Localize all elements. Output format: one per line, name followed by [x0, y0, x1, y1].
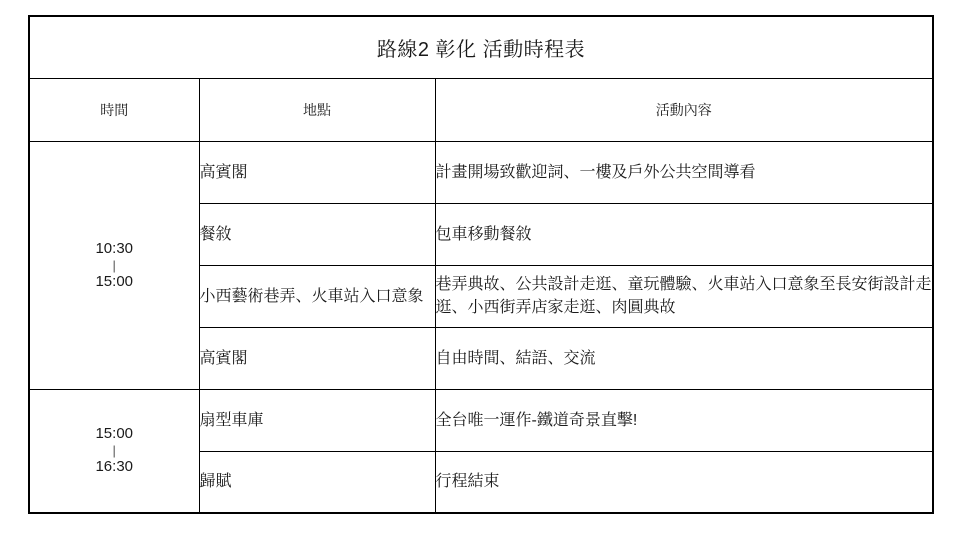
activity-cell: 行程結束: [435, 451, 933, 513]
column-header-location: 地點: [199, 78, 435, 141]
time-range-afternoon-cell: 15:00 | 16:30: [29, 389, 199, 513]
location-cell: 高賓閣: [199, 141, 435, 203]
location-cell: 高賓閣: [199, 327, 435, 389]
time-start: 15:00: [30, 425, 199, 443]
header-row: 時間 地點 活動內容: [29, 78, 933, 141]
time-start: 10:30: [30, 240, 199, 258]
location-cell: 扇型車庫: [199, 389, 435, 451]
time-range-separator: |: [30, 258, 199, 273]
title-row: 路線2 彰化 活動時程表: [29, 16, 933, 78]
table-row: 10:30 | 15:00 高賓閣 計畫開場致歡迎詞、一樓及戶外公共空間導看: [29, 141, 933, 203]
schedule-page: 路線2 彰化 活動時程表 時間 地點 活動內容 10:30 | 15:00 高賓…: [0, 0, 960, 540]
column-header-time: 時間: [29, 78, 199, 141]
column-header-activity: 活動內容: [435, 78, 933, 141]
schedule-table: 路線2 彰化 活動時程表 時間 地點 活動內容 10:30 | 15:00 高賓…: [28, 15, 934, 514]
activity-cell: 全台唯一運作-鐵道奇景直擊!: [435, 389, 933, 451]
location-cell: 小西藝術巷弄、火車站入口意象: [199, 265, 435, 327]
time-end: 16:30: [30, 458, 199, 476]
activity-cell: 包車移動餐敘: [435, 203, 933, 265]
table-row: 15:00 | 16:30 扇型車庫 全台唯一運作-鐵道奇景直擊!: [29, 389, 933, 451]
time-range-separator: |: [30, 443, 199, 458]
activity-cell: 計畫開場致歡迎詞、一樓及戶外公共空間導看: [435, 141, 933, 203]
location-cell: 餐敘: [199, 203, 435, 265]
location-cell: 歸賦: [199, 451, 435, 513]
time-range-morning-cell: 10:30 | 15:00: [29, 141, 199, 389]
activity-cell: 巷弄典故、公共設計走逛、童玩體驗、火車站入口意象至長安街設計走逛、小西街弄店家走…: [435, 265, 933, 327]
activity-cell: 自由時間、結語、交流: [435, 327, 933, 389]
table-title: 路線2 彰化 活動時程表: [29, 16, 933, 78]
time-end: 15:00: [30, 273, 199, 291]
